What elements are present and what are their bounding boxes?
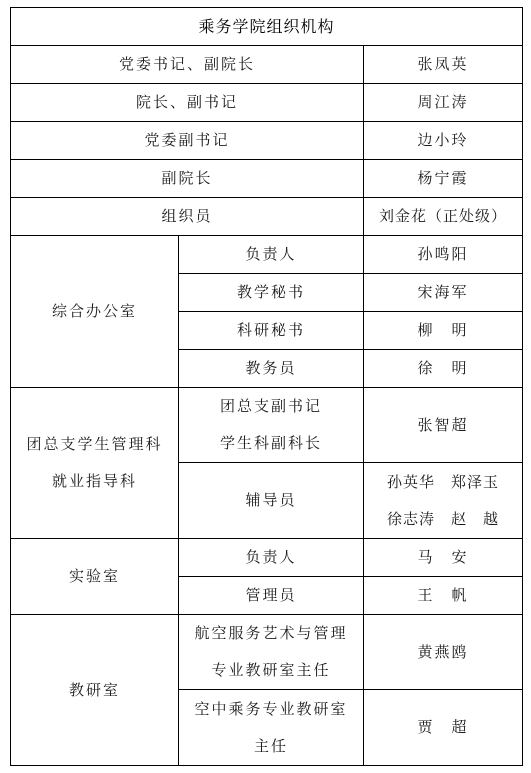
name-cell: 边小玲 <box>364 122 523 160</box>
table-row: 实验室 负责人 马 安 <box>11 539 523 577</box>
table-row: 院长、副书记 周江涛 <box>11 84 523 122</box>
role-cell: 负责人 <box>179 236 364 274</box>
name-cell: 马 安 <box>364 539 523 577</box>
role-cell: 教学秘书 <box>179 274 364 312</box>
name-cell: 黄燕鸥 <box>364 615 523 690</box>
table-row: 团总支学生管理科 就业指导科 团总支副书记 学生科副科长 张智超 <box>11 388 523 463</box>
role-cell: 教务员 <box>179 350 364 388</box>
name-cell: 周江涛 <box>364 84 523 122</box>
department-cell: 实验室 <box>11 539 179 615</box>
table-row: 综合办公室 负责人 孙鸣阳 <box>11 236 523 274</box>
org-structure-table: 乘务学院组织机构 党委书记、副院长 张凤英 院长、副书记 周江涛 党委副书记 边… <box>10 7 523 766</box>
role-line: 团总支副书记 <box>179 388 363 425</box>
role-cell: 副院长 <box>11 160 364 198</box>
role-cell: 党委副书记 <box>11 122 364 160</box>
name-line: 孙英华 郑泽玉 <box>364 464 522 501</box>
department-cell: 综合办公室 <box>11 236 179 388</box>
name-cell: 柳 明 <box>364 312 523 350</box>
role-cell: 空中乘务专业教研室 主任 <box>179 690 364 766</box>
name-cell: 杨宁霞 <box>364 160 523 198</box>
role-line: 专业教研室主任 <box>179 652 363 689</box>
department-cell: 团总支学生管理科 就业指导科 <box>11 388 179 539</box>
table-row: 党委副书记 边小玲 <box>11 122 523 160</box>
role-cell: 科研秘书 <box>179 312 364 350</box>
name-cell: 宋海军 <box>364 274 523 312</box>
department-name-line: 就业指导科 <box>11 463 178 500</box>
role-line: 空中乘务专业教研室 <box>179 691 363 728</box>
name-line: 徐志涛 赵 越 <box>364 501 522 538</box>
table-row: 组织员 刘金花（正处级） <box>11 198 523 236</box>
name-cell: 孙英华 郑泽玉 徐志涛 赵 越 <box>364 463 523 539</box>
role-cell: 辅导员 <box>179 463 364 539</box>
role-cell: 管理员 <box>179 577 364 615</box>
department-name-line: 团总支学生管理科 <box>11 426 178 463</box>
role-line: 航空服务艺术与管理 <box>179 615 363 652</box>
role-cell: 负责人 <box>179 539 364 577</box>
table-row: 教研室 航空服务艺术与管理 专业教研室主任 黄燕鸥 <box>11 615 523 690</box>
table-title: 乘务学院组织机构 <box>11 8 523 46</box>
name-cell: 贾 超 <box>364 690 523 766</box>
name-cell: 徐 明 <box>364 350 523 388</box>
role-line: 学生科副科长 <box>179 425 363 462</box>
name-cell: 张智超 <box>364 388 523 463</box>
role-cell: 组织员 <box>11 198 364 236</box>
role-cell: 团总支副书记 学生科副科长 <box>179 388 364 463</box>
department-cell: 教研室 <box>11 615 179 766</box>
role-cell: 党委书记、副院长 <box>11 46 364 84</box>
role-cell: 航空服务艺术与管理 专业教研室主任 <box>179 615 364 690</box>
table-row: 副院长 杨宁霞 <box>11 160 523 198</box>
name-cell: 孙鸣阳 <box>364 236 523 274</box>
table-row: 党委书记、副院长 张凤英 <box>11 46 523 84</box>
name-cell: 刘金花（正处级） <box>364 198 523 236</box>
role-cell: 院长、副书记 <box>11 84 364 122</box>
name-cell: 张凤英 <box>364 46 523 84</box>
role-line: 主任 <box>179 728 363 765</box>
name-cell: 王 帆 <box>364 577 523 615</box>
